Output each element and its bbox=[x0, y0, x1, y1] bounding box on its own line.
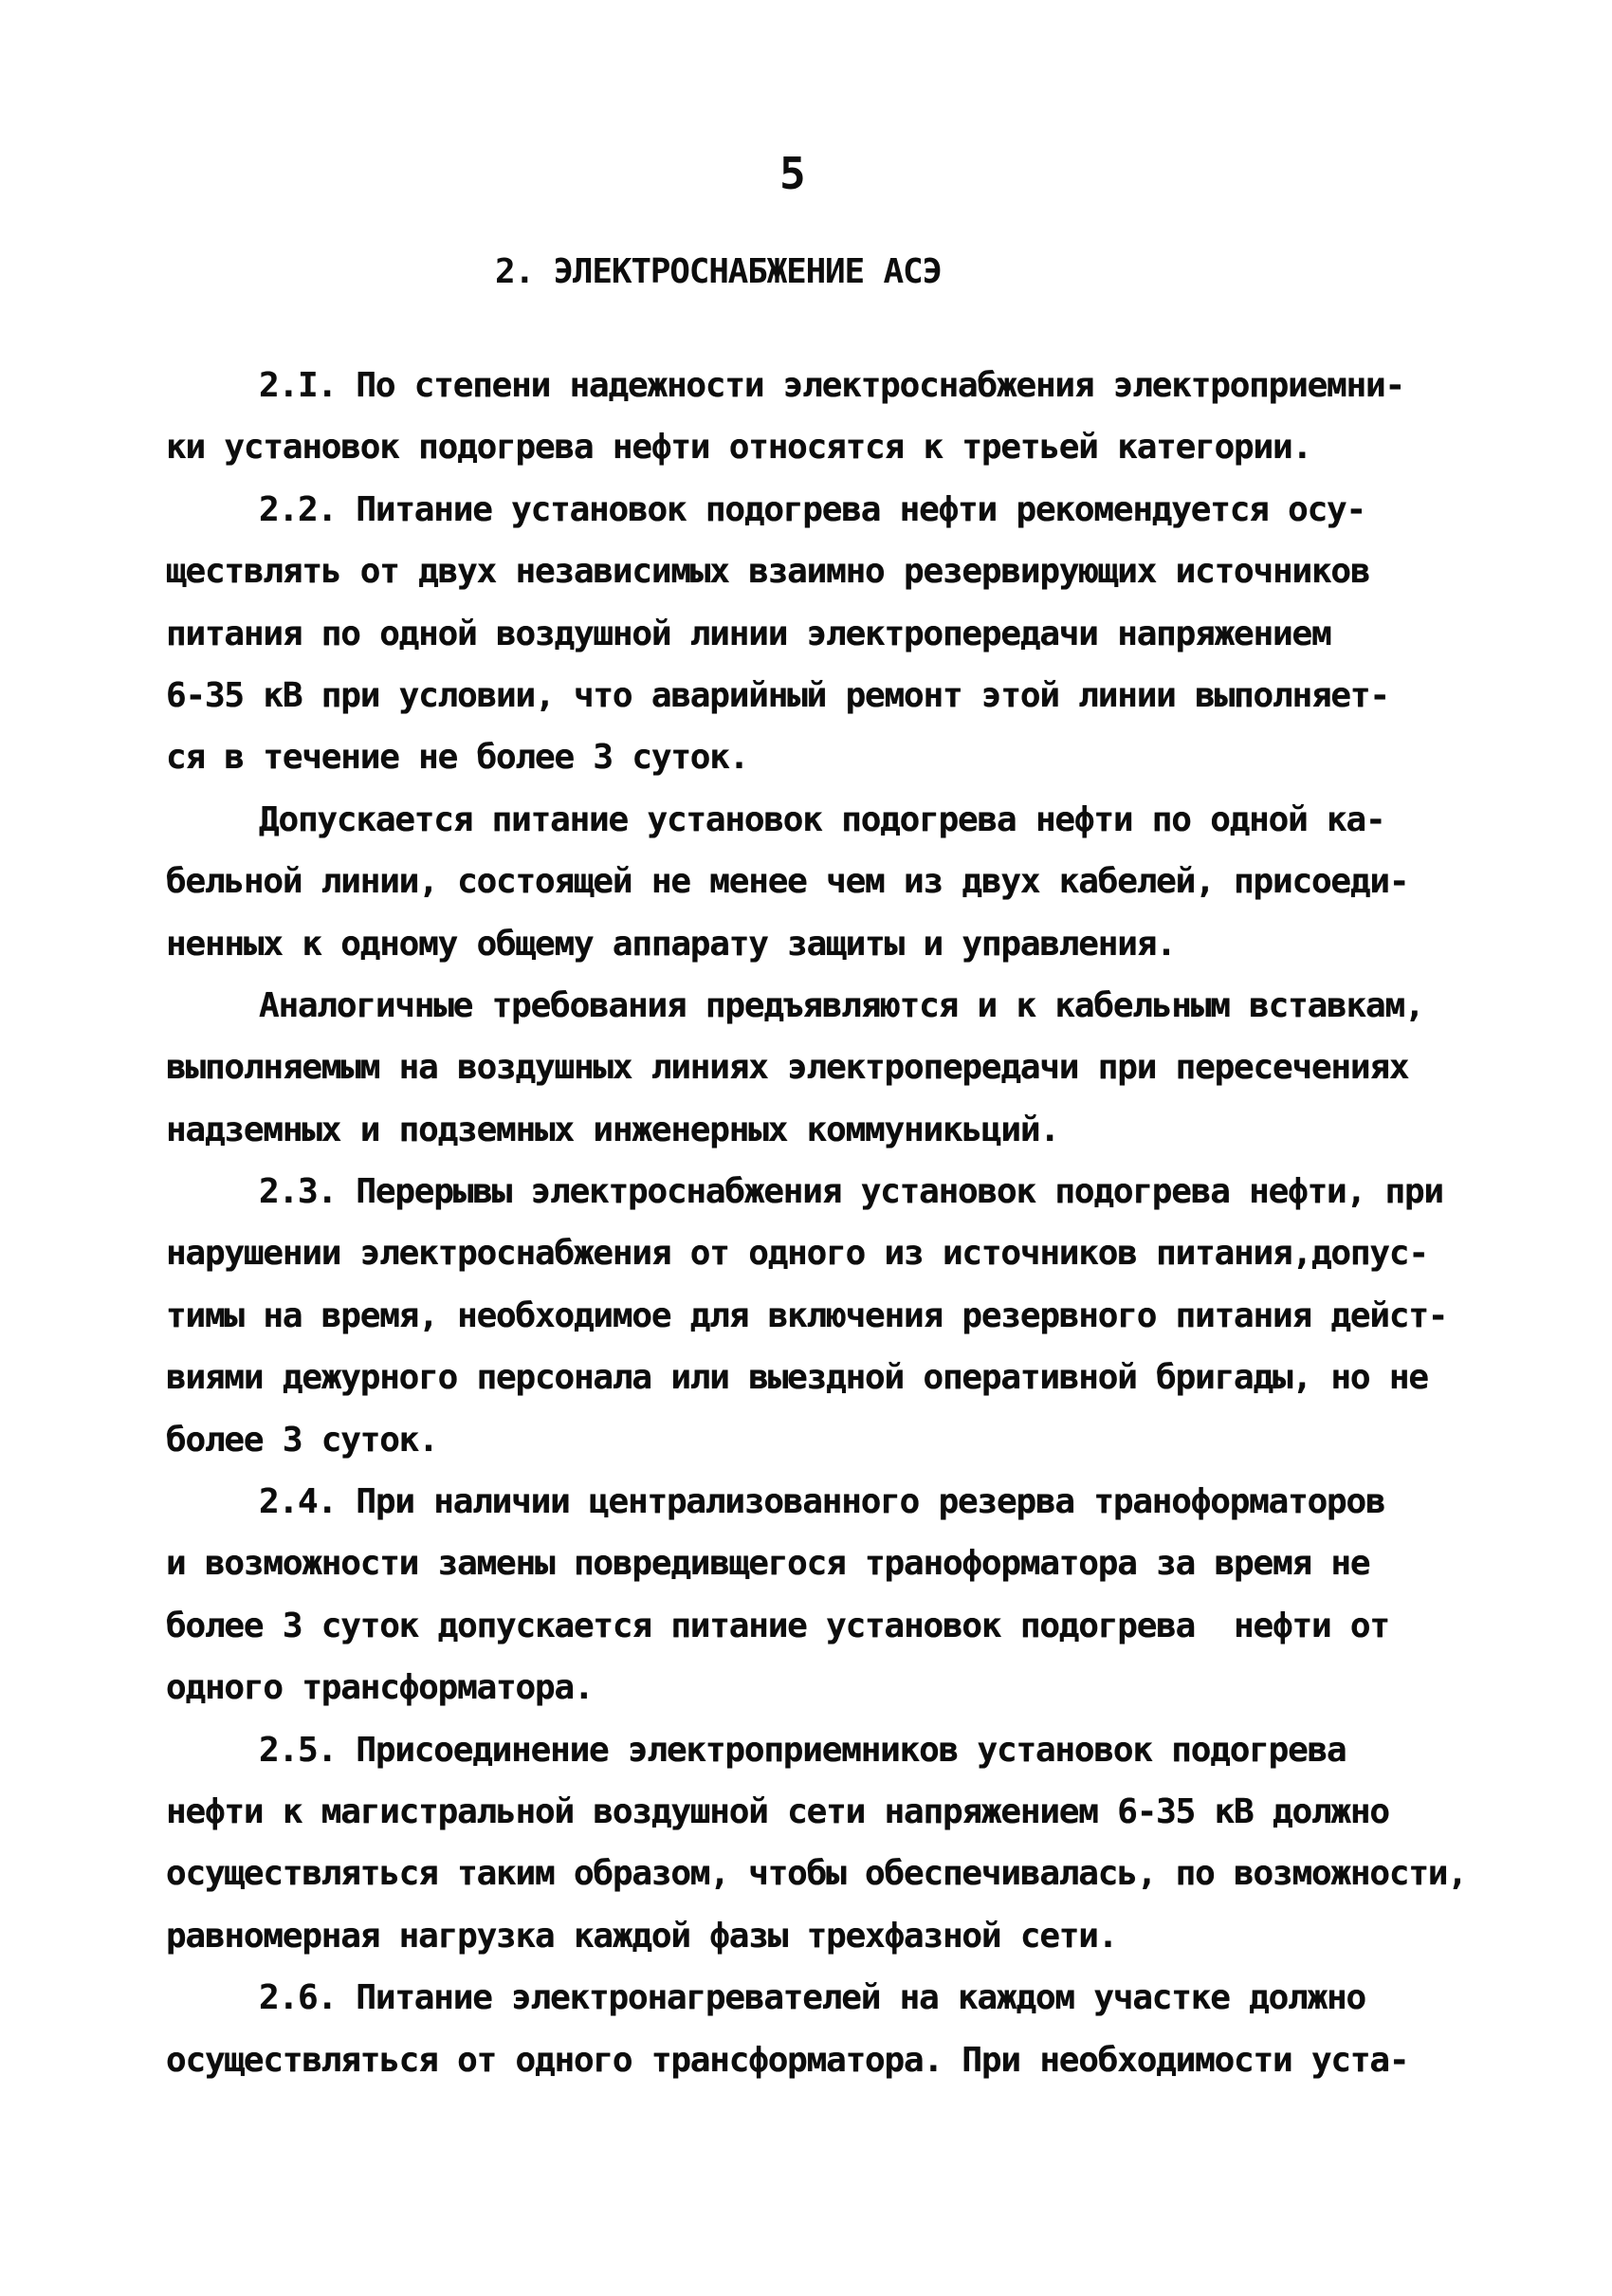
text-line: более 3 суток допускается питание устано… bbox=[166, 1595, 1493, 1657]
text-line: надземных и подземных инженерных коммуни… bbox=[166, 1099, 1493, 1161]
text-line: 2.3. Перерывы электроснабжения установок… bbox=[166, 1161, 1493, 1222]
text-line: 2.5. Присоединение электроприемников уст… bbox=[166, 1719, 1493, 1781]
text-line: бельной линии, состоящей не менее чем из… bbox=[166, 851, 1493, 912]
text-line: 6-35 кВ при условии, что аварийный ремон… bbox=[166, 665, 1493, 726]
text-line: выполняемым на воздушных линиях электроп… bbox=[166, 1037, 1493, 1098]
text-line: Допускается питание установок подогрева … bbox=[166, 789, 1493, 851]
text-line: тимы на время, необходимое для включения… bbox=[166, 1285, 1493, 1347]
document-page: 5 2. ЭЛЕКТРОСНАБЖЕНИЕ АСЭ 2.I. По степен… bbox=[0, 0, 1612, 2296]
text-line: Аналогичные требования предъявляются и к… bbox=[166, 975, 1493, 1037]
text-line: питания по одной воздушной линии электро… bbox=[166, 603, 1493, 665]
page-number: 5 bbox=[779, 148, 805, 199]
text-line: осуществляться от одного трансформатора.… bbox=[166, 2030, 1493, 2091]
text-line: одного трансформатора. bbox=[166, 1657, 1493, 1718]
text-line: ки установок подогрева нефти относятся к… bbox=[166, 416, 1493, 478]
text-line: 2.6. Питание электронагревателей на кажд… bbox=[166, 1967, 1493, 2029]
text-line: нефти к магистральной воздушной сети нап… bbox=[166, 1781, 1493, 1843]
text-line: 2.4. При наличии централизованного резер… bbox=[166, 1471, 1493, 1533]
text-line: и возможности замены повредивщегося тран… bbox=[166, 1533, 1493, 1594]
text-line: ся в течение не более 3 суток. bbox=[166, 726, 1493, 788]
text-line: виями дежурного персонала или выездной о… bbox=[166, 1347, 1493, 1408]
text-line: ненных к одному общему аппарату защиты и… bbox=[166, 913, 1493, 975]
text-line: равномерная нагрузка каждой фазы трехфаз… bbox=[166, 1905, 1493, 1967]
text-line: более 3 суток. bbox=[166, 1409, 1493, 1471]
text-line: 2.I. По степени надежности электроснабже… bbox=[166, 355, 1493, 416]
text-line: нарушении электроснабжения от одного из … bbox=[166, 1222, 1493, 1284]
section-heading: 2. ЭЛЕКТРОСНАБЖЕНИЕ АСЭ bbox=[495, 252, 942, 291]
text-line: осуществляться таким образом, чтобы обес… bbox=[166, 1843, 1493, 1904]
text-line: ществлять от двух независимых взаимно ре… bbox=[166, 541, 1493, 602]
text-line: 2.2. Питание установок подогрева нефти р… bbox=[166, 479, 1493, 541]
document-body: 2.I. По степени надежности электроснабже… bbox=[166, 355, 1493, 2091]
